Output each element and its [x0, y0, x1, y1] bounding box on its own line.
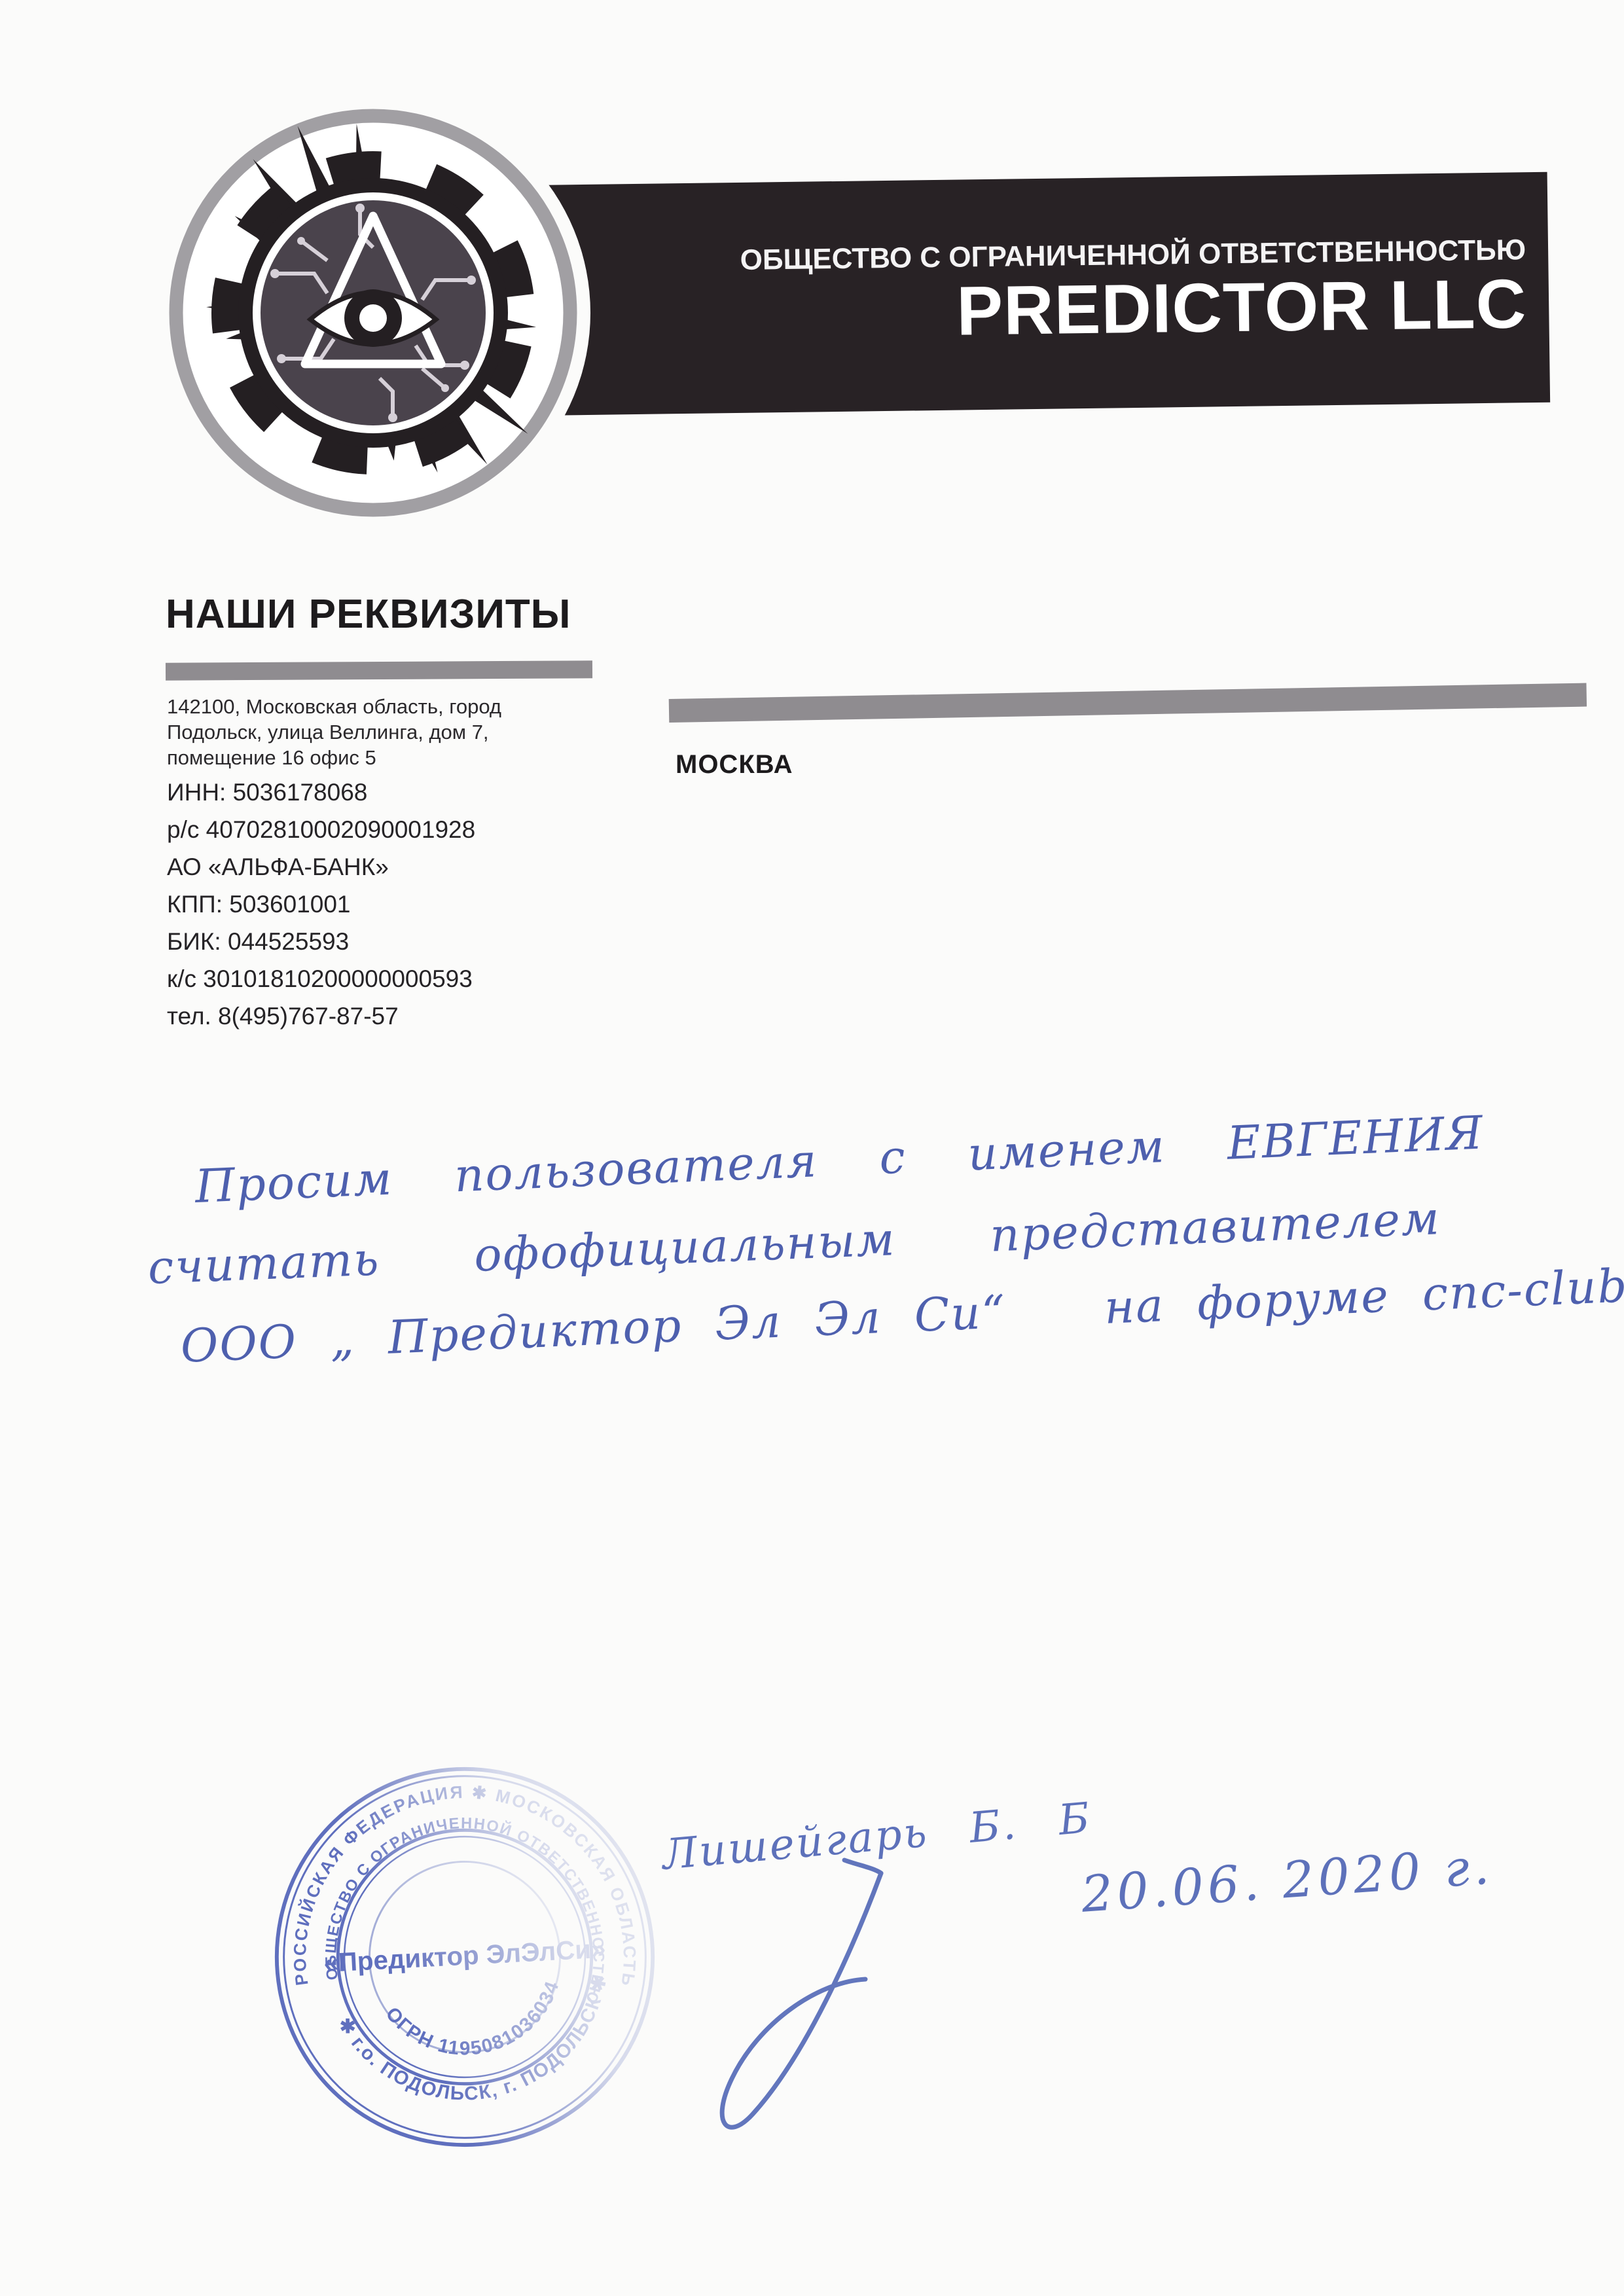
signature-flourish: [648, 1852, 923, 2153]
signature-date: 20.06. 2020 г.: [1079, 1837, 1495, 1924]
phone-line: тел. 8(495)767-87-57: [167, 1003, 475, 1040]
divider-bar-right: [669, 683, 1587, 723]
kpp-line: КПП: 503601001: [167, 891, 475, 928]
address-line: помещение 16 офис 5: [167, 745, 501, 770]
address-block: 142100, Московская область, город Подоль…: [167, 694, 501, 770]
company-logo: [154, 94, 592, 531]
company-name: PREDICTOR LLC: [956, 266, 1527, 349]
city-label: МОСКВА: [676, 750, 793, 780]
settlement-account-line: р/с 40702810002090001928: [167, 816, 475, 853]
requisites-title: НАШИ РЕКВИЗИТЫ: [166, 591, 571, 637]
bank-details-block: ИНН: 5036178068 р/с 40702810002090001928…: [167, 779, 475, 1040]
handwritten-line-3-left: ООО „ Предиктор Эл Эл Си“: [179, 1285, 1007, 1373]
address-line: Подольск, улица Веллинга, дом 7,: [167, 719, 501, 745]
divider-bar-left: [166, 660, 592, 680]
inn-line: ИНН: 5036178068: [167, 779, 475, 816]
bik-line: БИК: 044525593: [167, 928, 475, 965]
scanned-letter-page: ОБЩЕСТВО С ОГРАНИЧЕННОЙ ОТВЕТСТВЕННОСТЬЮ…: [0, 0, 1624, 2296]
company-stamp: РОССИЙСКАЯ ФЕДЕРАЦИЯ ✱ МОСКОВСКАЯ ОБЛАСТ…: [241, 1733, 688, 2180]
bank-name-line: АО «АЛЬФА-БАНК»: [167, 853, 475, 891]
header-banner: ОБЩЕСТВО С ОГРАНИЧЕННОЙ ОТВЕТСТВЕННОСТЬЮ…: [484, 172, 1550, 416]
correspondent-account-line: к/с 30101810200000000593: [167, 965, 475, 1003]
address-line: 142100, Московская область, город: [167, 694, 501, 719]
handwritten-line-3-right: на форуме cnc-club. ru: [1103, 1255, 1624, 1335]
stamp-center-text: «Предиктор ЭлЭлСи»: [323, 1934, 606, 1979]
